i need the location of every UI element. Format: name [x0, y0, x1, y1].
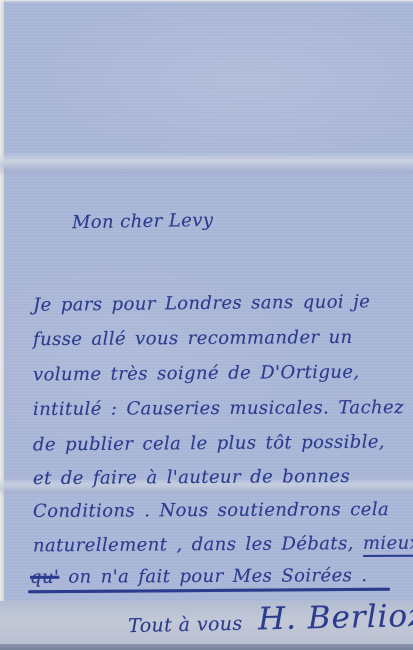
letter-line: fusse allé vous recommander un: [33, 327, 353, 350]
letter-line: Je pars pour Londres sans quoi je: [33, 291, 370, 316]
paper-bottom-edge: [0, 644, 413, 650]
struck-word: qu': [30, 567, 59, 588]
fold-crease-top: [0, 152, 413, 176]
letter-line: et de faire à l'auteur de bonnes: [33, 466, 350, 489]
pen-underline-stroke: [28, 588, 390, 593]
closing-line: Tout à vous H. Berlioz: [128, 598, 413, 640]
underlined-text: on n'a fait pour Mes Soirées .: [68, 565, 367, 588]
paper-top-edge: [0, 0, 413, 3]
letter-line: intitulé : Causeries musicales. Tachez: [33, 397, 404, 420]
letter-line-text: naturellement , dans les Débats,: [33, 533, 354, 556]
letter-page: Mon cher Levy Je pars pour Londres sans …: [0, 0, 413, 650]
letter-line: Conditions . Nous soutiendrons cela: [33, 499, 389, 522]
valediction: Tout à vous: [128, 613, 243, 637]
letter-line: volume très soigné de D'Ortigue,: [33, 362, 360, 386]
paper-left-edge: [0, 0, 4, 650]
letter-line: naturellement , dans les Débats, mieux: [33, 533, 413, 557]
salutation: Mon cher Levy: [72, 210, 214, 233]
signature: H. Berlioz: [258, 598, 413, 638]
letter-line-underlined: qu' on n'a fait pour Mes Soirées .: [30, 565, 368, 588]
letter-line: de publier cela le plus tôt possible,: [33, 431, 385, 455]
underlined-word: mieux: [363, 533, 413, 557]
